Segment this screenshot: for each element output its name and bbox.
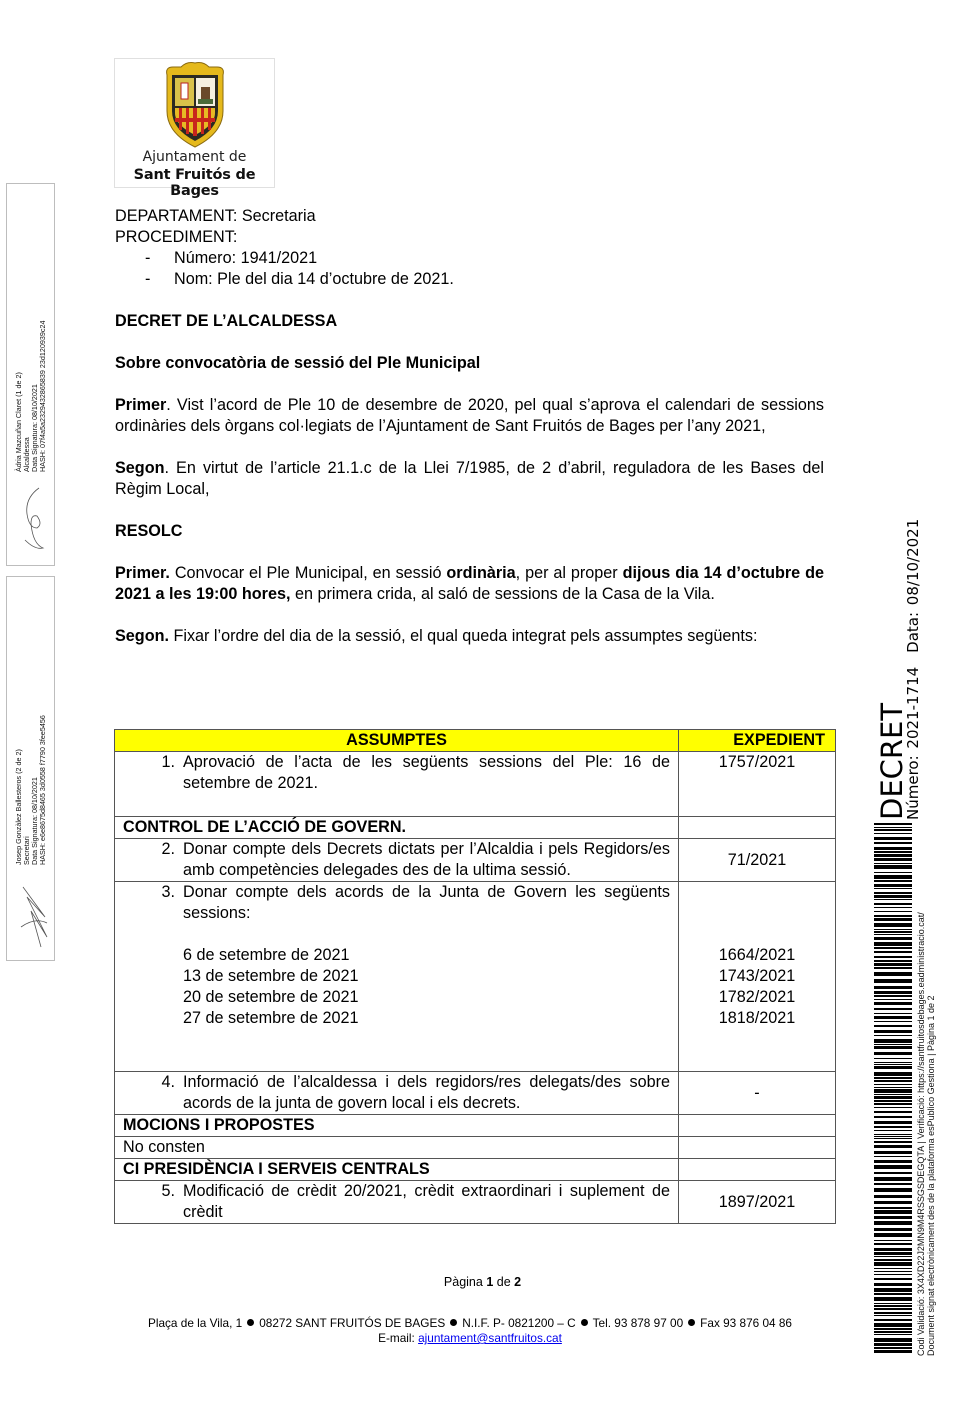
resolution-text: , per al proper: [516, 564, 623, 582]
table-row: 5.Modificació de crèdit 20/2021, crèdit …: [115, 1181, 836, 1224]
item-number: 5.: [123, 1181, 183, 1223]
stamp-number-date: Número: 2021-1714Data: 08/10/2021: [904, 519, 922, 820]
signature-details: Josep Gonzàlez Ballesteros (2 de 2) Secr…: [15, 715, 47, 865]
validation-platform: Document signat electrònicament des de l…: [926, 912, 936, 1356]
validation-code: Codi Validació: 3X4XD22J2MN9M4RSSGSDEGQT…: [916, 912, 926, 1356]
address-part: N.I.F. P- 0821200 – C: [462, 1316, 575, 1330]
handwritten-signature-icon: [17, 877, 51, 949]
footer-address: Plaça de la Vila, 108272 SANT FRUITÓS DE…: [0, 1316, 940, 1346]
address-part: 08272 SANT FRUITÓS DE BAGES: [259, 1316, 445, 1330]
handwritten-signature-icon: [17, 484, 47, 554]
signature-hash: HASH: e6e8675d8465 3d0558 f7790 3fee5456: [39, 715, 47, 865]
bullet-icon: [688, 1319, 695, 1326]
signature-box-secretary: Josep Gonzàlez Ballesteros (2 de 2) Secr…: [6, 576, 55, 961]
item-expedient: 71/2021: [679, 839, 836, 882]
session-date: 27 de setembre de 2021: [123, 1008, 670, 1029]
page-number: Pàgina 1 de 2: [0, 1275, 965, 1289]
item-expedient: 1897/2021: [679, 1181, 836, 1224]
table-row: 1.Aprovació de l’acta de les següents se…: [115, 752, 836, 817]
section-row: CI PRESIDÈNCIA I SERVEIS CENTRALS: [115, 1159, 836, 1181]
consideration-first: Primer. Vist l’acord de Ple 10 de desemb…: [115, 395, 824, 437]
email-line: E-mail: ajuntament@santfruitos.cat: [0, 1331, 940, 1346]
procedure-label: PROCEDIMENT:: [115, 227, 824, 248]
session-expedient: 1818/2021: [687, 1008, 827, 1029]
item-text: Donar compte dels acords de la Junta de …: [183, 882, 670, 924]
stamp-date: Data: 08/10/2021: [904, 519, 922, 653]
procedure-number: Número: 1941/2021: [115, 248, 824, 269]
consideration-second: Segon. En virtut de l’article 21.1.c de …: [115, 458, 824, 500]
session-date: 6 de setembre de 2021: [123, 945, 670, 966]
table-row: 2.Donar compte dels Decrets dictats per …: [115, 839, 836, 882]
validation-text: Codi Validació: 3X4XD22J2MN9M4RSSGSDEGQT…: [916, 912, 936, 1356]
logo-line-1: Ajuntament de: [115, 149, 274, 165]
email-label: E-mail:: [378, 1331, 418, 1345]
item-number: 1.: [123, 752, 183, 794]
consideration-label: Primer: [115, 396, 166, 414]
section-heading: CONTROL DE L’ACCIÓ DE GOVERN.: [115, 817, 679, 839]
page-label: Pàgina: [444, 1275, 486, 1289]
resolution-label: Segon.: [115, 627, 169, 645]
resolution-text: en primera crida, al saló de sessions de…: [291, 585, 715, 603]
coat-of-arms-icon: [161, 61, 229, 149]
section-heading: MOCIONS I PROPOSTES: [115, 1115, 679, 1137]
table-row: No consten: [115, 1137, 836, 1159]
session-expedient: 1664/2021: [687, 945, 827, 966]
resolution-heading: RESOLC: [115, 521, 824, 542]
item-expedient: -: [679, 1072, 836, 1115]
bullet-icon: [247, 1319, 254, 1326]
municipality-logo: Ajuntament de Sant Fruitós de Bages: [114, 58, 275, 188]
consideration-text: . En virtut de l’article 21.1.c de la Ll…: [115, 459, 824, 498]
resolution-second: Segon. Fixar l’ordre del dia de la sessi…: [115, 626, 824, 647]
signature-box-mayor: Àdria Mazcuñan Claret (1 de 2) Alcaldess…: [6, 183, 55, 566]
email-link[interactable]: ajuntament@santfruitos.cat: [418, 1331, 562, 1345]
resolution-label: Primer.: [115, 564, 170, 582]
address-part: Fax 93 876 04 86: [700, 1316, 792, 1330]
session-type: ordinària: [446, 564, 515, 582]
signature-hash: HASH: 07f4a5a2329432865839 23d120939c24: [39, 321, 47, 472]
session-date: 13 de setembre de 2021: [123, 966, 670, 987]
session-expedient: 1743/2021: [687, 966, 827, 987]
address-part: Plaça de la Vila, 1: [148, 1316, 242, 1330]
section-heading: CI PRESIDÈNCIA I SERVEIS CENTRALS: [115, 1159, 679, 1181]
resolution-text: Convocar el Ple Municipal, en sessió: [170, 564, 446, 582]
section-row: MOCIONS I PROPOSTES: [115, 1115, 836, 1137]
no-items-text: No consten: [115, 1137, 679, 1159]
signature-details: Àdria Mazcuñan Claret (1 de 2) Alcaldess…: [15, 321, 47, 472]
address-line: Plaça de la Vila, 108272 SANT FRUITÓS DE…: [0, 1316, 940, 1331]
item-text: Aprovació de l’acta de les següents sess…: [183, 752, 670, 794]
table-row: 3.Donar compte dels acords de la Junta d…: [115, 882, 836, 1072]
decree-title: DECRET DE L’ALCALDESSA: [115, 311, 824, 332]
address-part: Tel. 93 878 97 00: [593, 1316, 684, 1330]
agenda-table: ASSUMPTES EXPEDIENT 1.Aprovació de l’act…: [114, 729, 836, 1224]
decree-subtitle: Sobre convocatòria de sessió del Ple Mun…: [115, 353, 824, 374]
bullet-icon: [581, 1319, 588, 1326]
session-expedient: 1782/2021: [687, 987, 827, 1008]
item-number: 4.: [123, 1072, 183, 1114]
item-number: 2.: [123, 839, 183, 881]
procedure-name: Nom: Ple del dia 14 d’octubre de 2021.: [115, 269, 824, 290]
session-date: 20 de setembre de 2021: [123, 987, 670, 1008]
decree-body: DEPARTAMENT: Secretaria PROCEDIMENT: Núm…: [115, 206, 824, 647]
page-total: 2: [514, 1275, 521, 1289]
header-assumptes: ASSUMPTES: [115, 730, 679, 752]
resolution-text: Fixar l’ordre del dia de la sessió, el q…: [169, 627, 757, 645]
item-expedient: 1757/2021: [679, 752, 836, 817]
item-text: Modificació de crèdit 20/2021, crèdit ex…: [183, 1181, 670, 1223]
table-row: 4.Informació de l’alcaldessa i dels regi…: [115, 1072, 836, 1115]
item-number: 3.: [123, 882, 183, 924]
table-header-row: ASSUMPTES EXPEDIENT: [115, 730, 836, 752]
decree-stamp: DECRET Número: 2021-1714Data: 08/10/2021…: [872, 548, 952, 1358]
logo-line-2: Sant Fruitós de Bages: [115, 167, 274, 199]
stamp-number: Número: 2021-1714: [904, 667, 922, 820]
bullet-icon: [450, 1319, 457, 1326]
consideration-label: Segon: [115, 459, 164, 477]
procedure-details: Número: 1941/2021 Nom: Ple del dia 14 d’…: [115, 248, 824, 290]
barcode-icon: [874, 823, 912, 1353]
department: DEPARTAMENT: Secretaria: [115, 206, 824, 227]
resolution-first: Primer. Convocar el Ple Municipal, en se…: [115, 563, 824, 605]
consideration-text: . Vist l’acord de Ple 10 de desembre de …: [115, 396, 824, 435]
item-text: Donar compte dels Decrets dictats per l’…: [183, 839, 670, 881]
item-text: Informació de l’alcaldessa i dels regido…: [183, 1072, 670, 1114]
section-row: CONTROL DE L’ACCIÓ DE GOVERN.: [115, 817, 836, 839]
header-expedient: EXPEDIENT: [679, 730, 836, 752]
page-label: de: [493, 1275, 514, 1289]
